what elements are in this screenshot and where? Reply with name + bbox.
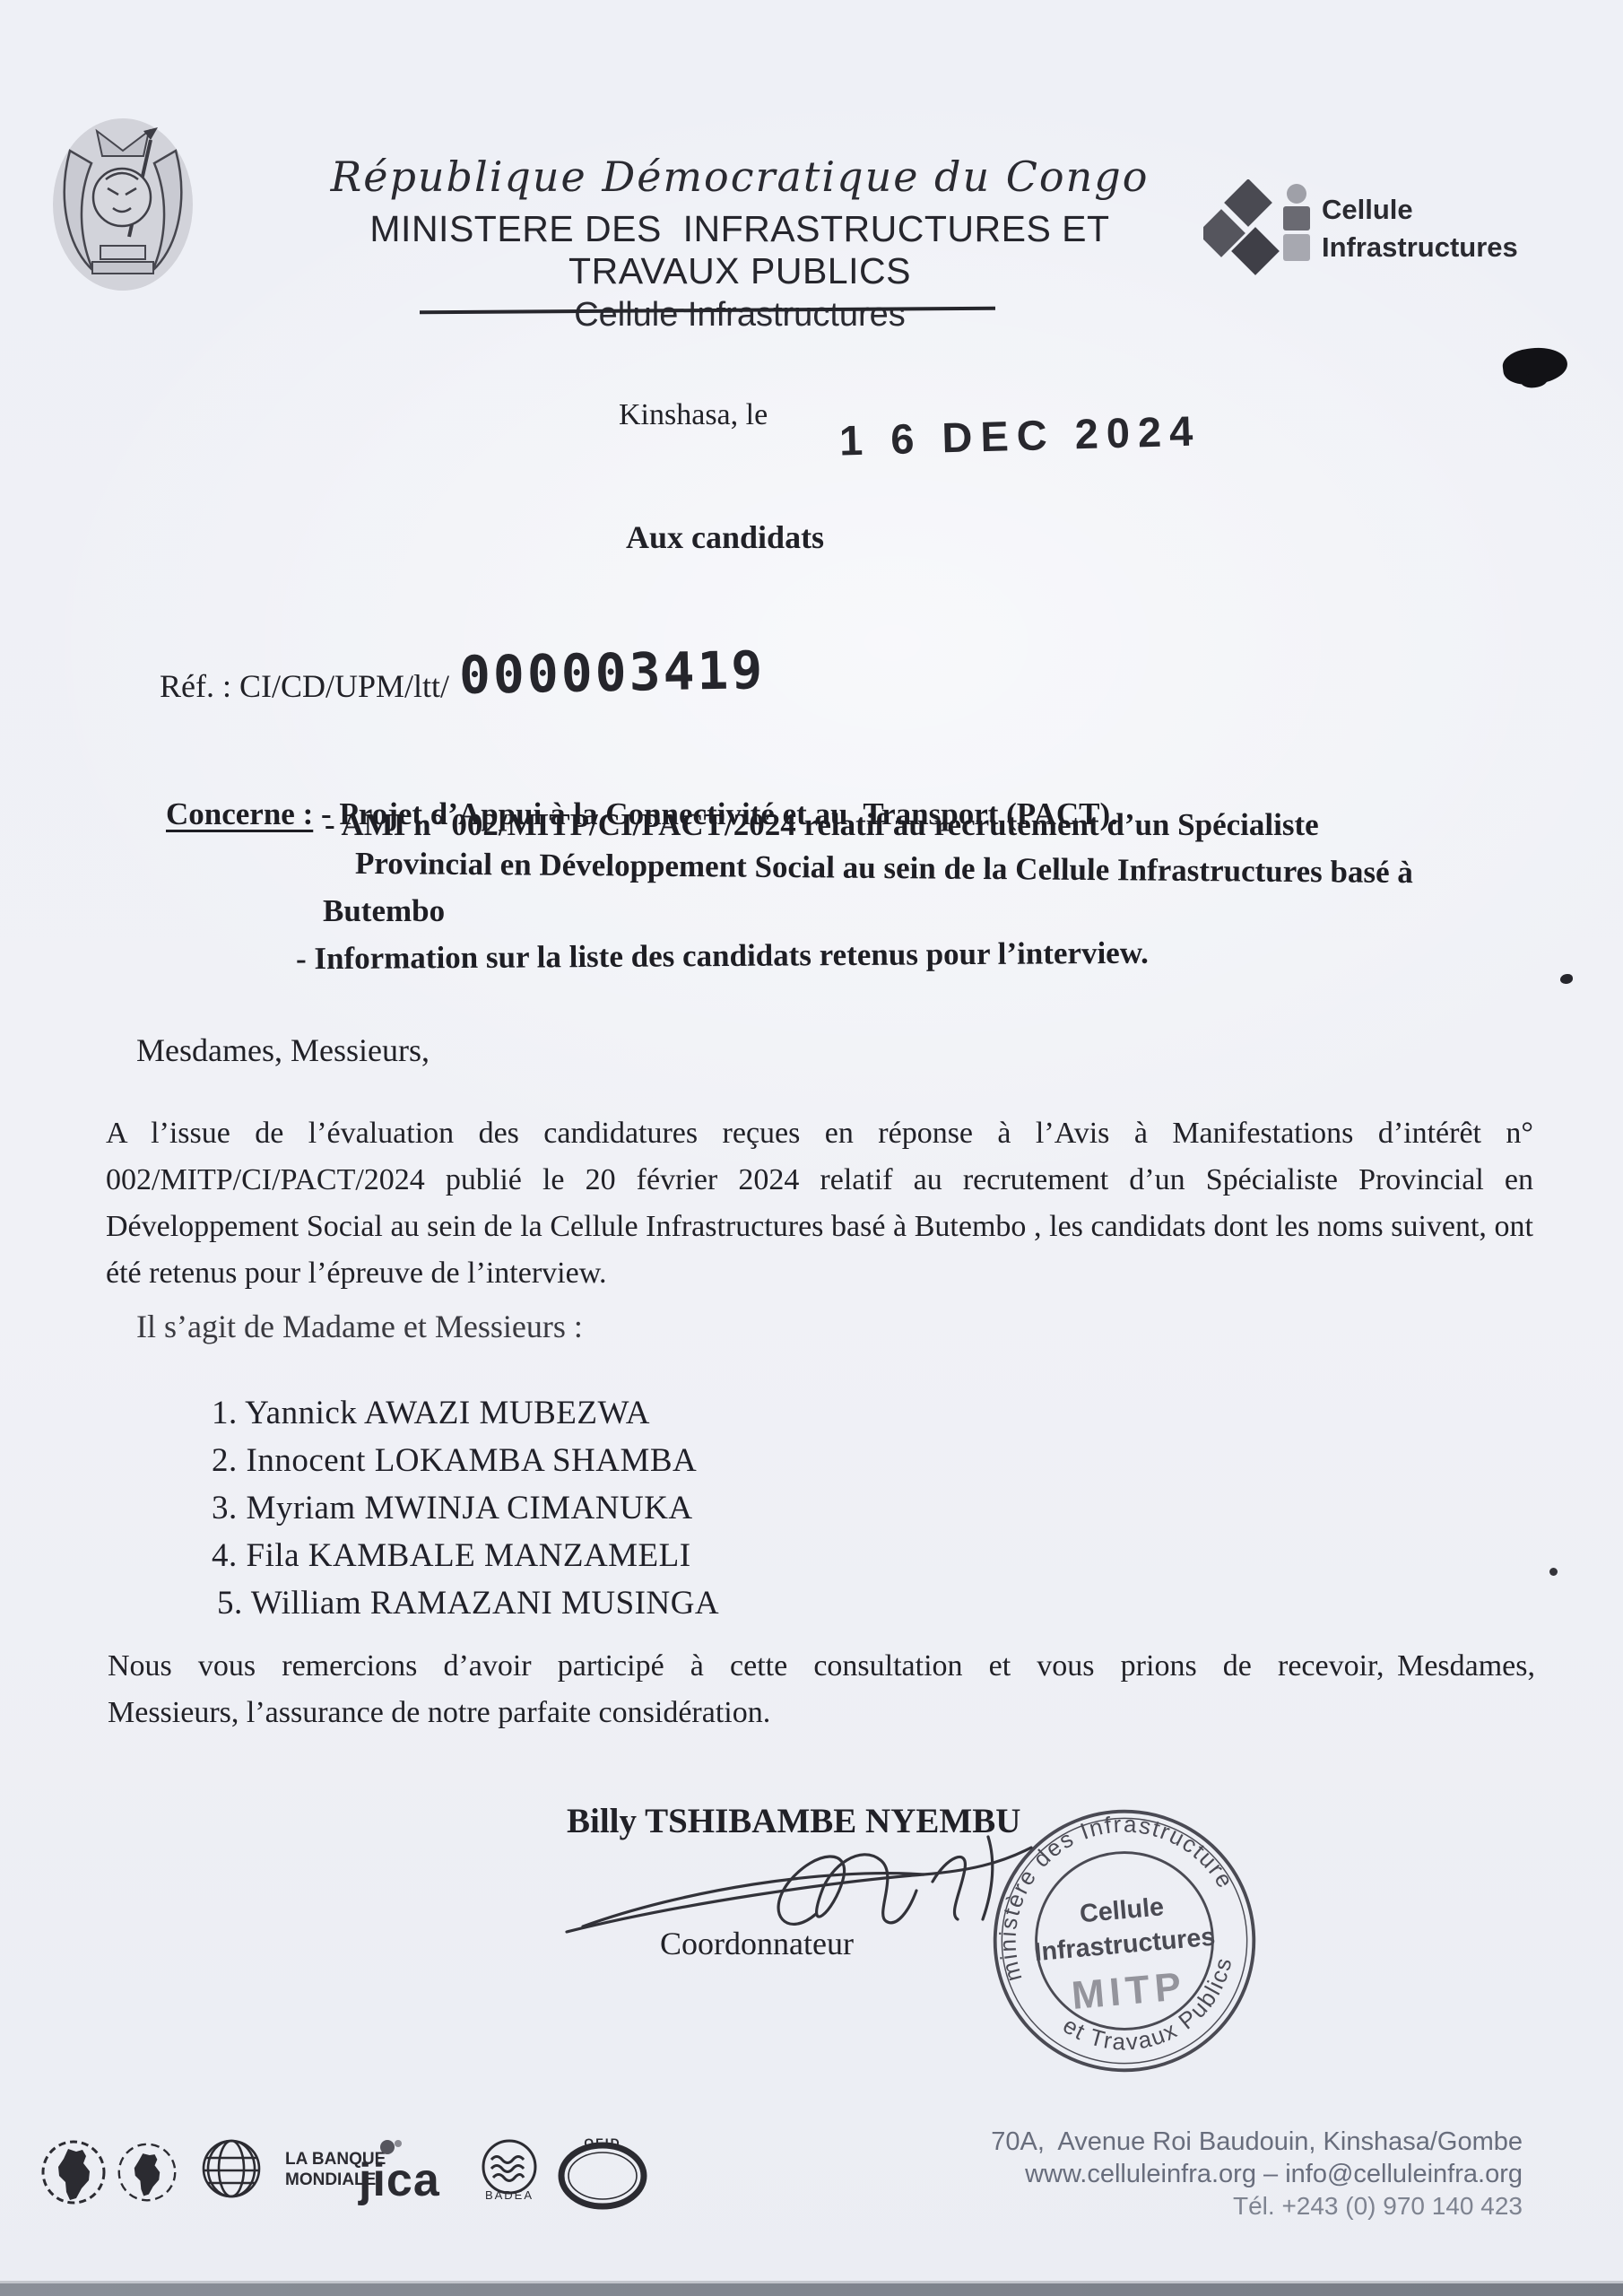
jica-logo-text: jica — [358, 2154, 440, 2206]
signatory-title: Coordonnateur — [660, 1925, 854, 1962]
list-intro: Il s’agit de Madame et Messieurs : — [136, 1308, 583, 1345]
candidate-item: 3. Myriam MWINJA CIMANUKA — [212, 1489, 693, 1527]
reference-number-stamp: 000003419 — [458, 639, 765, 706]
cellule-logo-line2: Infrastructures — [1322, 231, 1517, 263]
unit-line: Cellule Infrastructures — [287, 296, 1193, 335]
date-stamp: 1 6 DEC 2024 — [838, 405, 1202, 465]
subject-line-5: - Information sur la liste des candidats… — [296, 935, 1149, 978]
world-bank-globe-icon — [199, 2136, 264, 2201]
republic-line: République Démocratique du Congo — [287, 152, 1193, 201]
cellule-infrastructures-logo-icon: Cellule Infrastructures — [1203, 179, 1517, 278]
footer-web: www.celluleinfra.org – info@celluleinfra… — [1025, 2160, 1523, 2189]
subject-line-3: Provincial en Développement Social au se… — [355, 846, 1413, 891]
stamp-center-line3: MITP — [1070, 1964, 1188, 2018]
footer-tel: Tél. +243 (0) 970 140 423 — [1233, 2192, 1523, 2221]
ofid-logo-icon: OFID — [556, 2135, 649, 2210]
paper-speck — [1549, 1568, 1558, 1576]
stamp-center-line1: Cellule — [1079, 1892, 1165, 1928]
scanned-letter-page: République Démocratique du Congo MINISTE… — [0, 0, 1623, 2296]
drc-coat-of-arms-icon — [50, 104, 195, 300]
stamp-center-line2: Infrastructures — [1033, 1923, 1216, 1968]
body-paragraph: A l’issue de l’évaluation des candidatur… — [106, 1110, 1533, 1297]
subject-line-2: - AMI n° 002/MITP/CI/PACT/2024 relatif a… — [325, 807, 1319, 843]
candidate-item: 2. Innocent LOKAMBA SHAMBA — [212, 1441, 697, 1480]
jica-logo: jica — [357, 2136, 464, 2208]
closing-paragraph: Nous vous remercions d’avoir participé à… — [108, 1643, 1535, 1736]
africa-circle-logo-icon — [115, 2140, 179, 2205]
reference-label: Réf. : CI/CD/UPM/ltt/ — [160, 667, 449, 705]
footer-address: 70A, Avenue Roi Baudouin, Kinshasa/Gombe — [991, 2127, 1523, 2157]
subject-label: Concerne : — [166, 796, 313, 831]
scan-bottom-edge — [0, 2283, 1623, 2296]
candidate-item: 5. William RAMAZANI MUSINGA — [217, 1584, 719, 1622]
afdb-africa-logo-icon — [39, 2138, 108, 2206]
candidate-item: 1. Yannick AWAZI MUBEZWA — [212, 1394, 650, 1432]
subject-line-4: Butembo — [323, 893, 445, 929]
badea-logo-text: BADEA — [485, 2188, 534, 2201]
ink-blot — [1501, 344, 1569, 387]
ofid-logo-text: OFID — [584, 2135, 621, 2150]
candidate-item: 4. Fila KAMBALE MANZAMELI — [212, 1536, 691, 1575]
paper-speck — [1560, 974, 1573, 984]
recipient-line: Aux candidats — [626, 518, 824, 556]
letterhead: République Démocratique du Congo MINISTE… — [287, 152, 1193, 335]
cellule-logo-line1: Cellule — [1322, 194, 1413, 225]
ministry-line: MINISTERE DES INFRASTRUCTURES ET TRAVAUX… — [287, 208, 1193, 292]
dateline-place: Kinshasa, le — [619, 398, 768, 432]
badea-logo-icon: BADEA — [477, 2136, 542, 2201]
ministry-round-stamp: ministère des Infrastructures et Travaux… — [970, 1787, 1279, 2095]
salutation: Mesdames, Messieurs, — [136, 1031, 430, 1069]
